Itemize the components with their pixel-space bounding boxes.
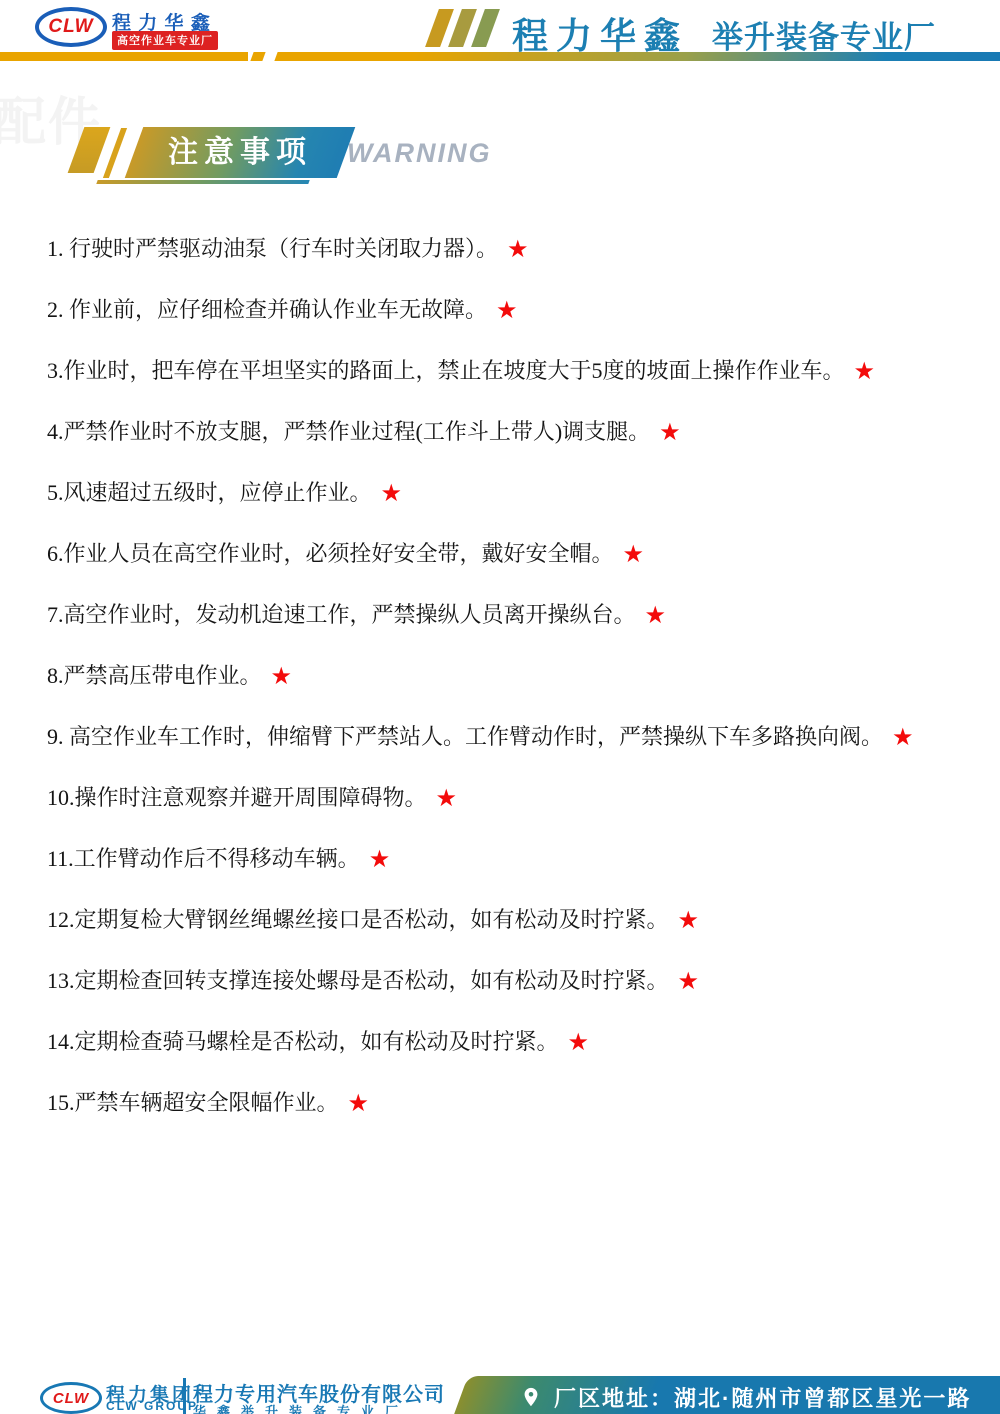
warning-item: 9. 高空作业车工作时，伸缩臂下严禁站人。工作臂动作时，严禁操纵下车多路换向阀。…: [47, 724, 990, 750]
warning-text: 1. 行驶时严禁驱动油泵（行车时关闭取力器）。: [47, 236, 498, 261]
footer-address-text: 厂区地址：湖北·随州市曾都区星光一路: [554, 1382, 971, 1413]
warning-text: 6.作业人员在高空作业时，必须拴好安全带，戴好安全帽。: [47, 541, 614, 566]
warning-item: 3.作业时，把车停在平坦坚实的路面上，禁止在坡度大于5度的坡面上操作作业车。★: [47, 358, 990, 384]
star-icon: ★: [678, 907, 700, 934]
star-icon: ★: [496, 297, 518, 324]
warning-text: 11.工作臂动作后不得移动车辆。: [47, 846, 360, 871]
star-icon: ★: [659, 419, 681, 446]
warning-item: 11.工作臂动作后不得移动车辆。★: [47, 846, 990, 872]
warning-text: 7.高空作业时，发动机迨速工作，严禁操纵人员离开操纵台。: [47, 602, 636, 627]
warning-text: 9. 高空作业车工作时，伸缩臂下严禁站人。工作臂动作时，严禁操纵下车多路换向阀。: [47, 724, 883, 749]
star-icon: ★: [381, 480, 403, 507]
star-icon: ★: [645, 602, 667, 629]
warning-text: 3.作业时，把车停在平坦坚实的路面上，禁止在坡度大于5度的坡面上操作作业车。: [47, 358, 845, 383]
warning-text: 8.严禁高压带电作业。: [47, 663, 262, 688]
clw-logo-text: CLW: [48, 16, 93, 38]
page: CLW 程 力 华 鑫 高空作业车专业厂 程力华鑫 举升装备专业厂 配件 注意事…: [0, 0, 1000, 1414]
clw-logo-text: CLW: [53, 1390, 89, 1407]
warning-text: 2. 作业前，应仔细检查并确认作业车无故障。: [47, 297, 487, 322]
star-icon: ★: [436, 785, 458, 812]
warning-item: 14.定期检查骑马螺栓是否松动，如有松动及时拧紧。★: [47, 1029, 990, 1055]
star-icon: ★: [623, 541, 645, 568]
star-icon: ★: [568, 1029, 590, 1056]
footer-divider: [183, 1378, 186, 1414]
warning-item: 15.严禁车辆超安全限幅作业。★: [47, 1090, 990, 1116]
warning-item: 4.严禁作业时不放支腿，严禁作业过程(工作斗上带人)调支腿。★: [47, 419, 990, 445]
banner-title: 注意事项: [134, 127, 346, 178]
star-icon: ★: [854, 358, 876, 385]
warning-text: 13.定期检查回转支撑连接处螺母是否松动，如有松动及时拧紧。: [47, 968, 669, 993]
location-pin-icon: [520, 1386, 542, 1408]
warning-item: 2. 作业前，应仔细检查并确认作业车无故障。★: [47, 297, 990, 323]
warning-item: 5.风速超过五级时，应停止作业。★: [47, 480, 990, 506]
clw-logo-icon: CLW: [40, 1382, 102, 1414]
slash-icon: [471, 9, 500, 47]
warning-item: 1. 行驶时严禁驱动油泵（行车时关闭取力器）。★: [47, 236, 990, 262]
warning-item: 10.操作时注意观察并避开周围障碍物。★: [47, 785, 990, 811]
footer-company-subname: 华鑫举升装备专业厂: [193, 1401, 409, 1414]
warning-item: 13.定期检查回转支撑连接处螺母是否松动，如有松动及时拧紧。★: [47, 968, 990, 994]
warning-text: 12.定期复检大臂钢丝绳螺丝接口是否松动，如有松动及时拧紧。: [47, 907, 669, 932]
banner-subtitle: WARNING: [347, 138, 492, 169]
header-center-brand: 程力华鑫: [512, 8, 688, 59]
header-rule-left: [0, 52, 248, 61]
header-brand-badge: 高空作业车专业厂: [112, 31, 218, 50]
warning-text: 4.严禁作业时不放支腿，严禁作业过程(工作斗上带人)调支腿。: [47, 419, 650, 444]
warning-item: 7.高空作业时，发动机迨速工作，严禁操纵人员离开操纵台。★: [47, 602, 990, 628]
clw-logo-icon: CLW: [35, 7, 107, 47]
footer-address-bar: 厂区地址：湖北·随州市曾都区星光一路: [453, 1376, 1000, 1414]
footer-address-content: 厂区地址：湖北·随州市曾都区星光一路: [468, 1376, 1000, 1414]
banner-title-shape: 注意事项: [125, 127, 356, 178]
star-icon: ★: [507, 236, 529, 263]
warning-text: 10.操作时注意观察并避开周围障碍物。: [47, 785, 427, 810]
warning-item: 8.严禁高压带电作业。★: [47, 663, 990, 689]
warning-text: 15.严禁车辆超安全限幅作业。: [47, 1090, 339, 1115]
warning-item: 12.定期复检大臂钢丝绳螺丝接口是否松动，如有松动及时拧紧。★: [47, 907, 990, 933]
star-icon: ★: [369, 846, 391, 873]
header-rule-sliver: [250, 52, 265, 61]
star-icon: ★: [678, 968, 700, 995]
warning-item: 6.作业人员在高空作业时，必须拴好安全带，戴好安全帽。★: [47, 541, 990, 567]
star-icon: ★: [348, 1090, 370, 1117]
banner-underline: [96, 180, 309, 184]
warning-text: 5.风速超过五级时，应停止作业。: [47, 480, 372, 505]
header-right-brand: 举升装备专业厂: [712, 12, 936, 57]
warning-list: 1. 行驶时严禁驱动油泵（行车时关闭取力器）。★ 2. 作业前，应仔细检查并确认…: [47, 236, 990, 1151]
star-icon: ★: [271, 663, 293, 690]
warning-text: 14.定期检查骑马螺栓是否松动，如有松动及时拧紧。: [47, 1029, 559, 1054]
star-icon: ★: [892, 724, 914, 751]
